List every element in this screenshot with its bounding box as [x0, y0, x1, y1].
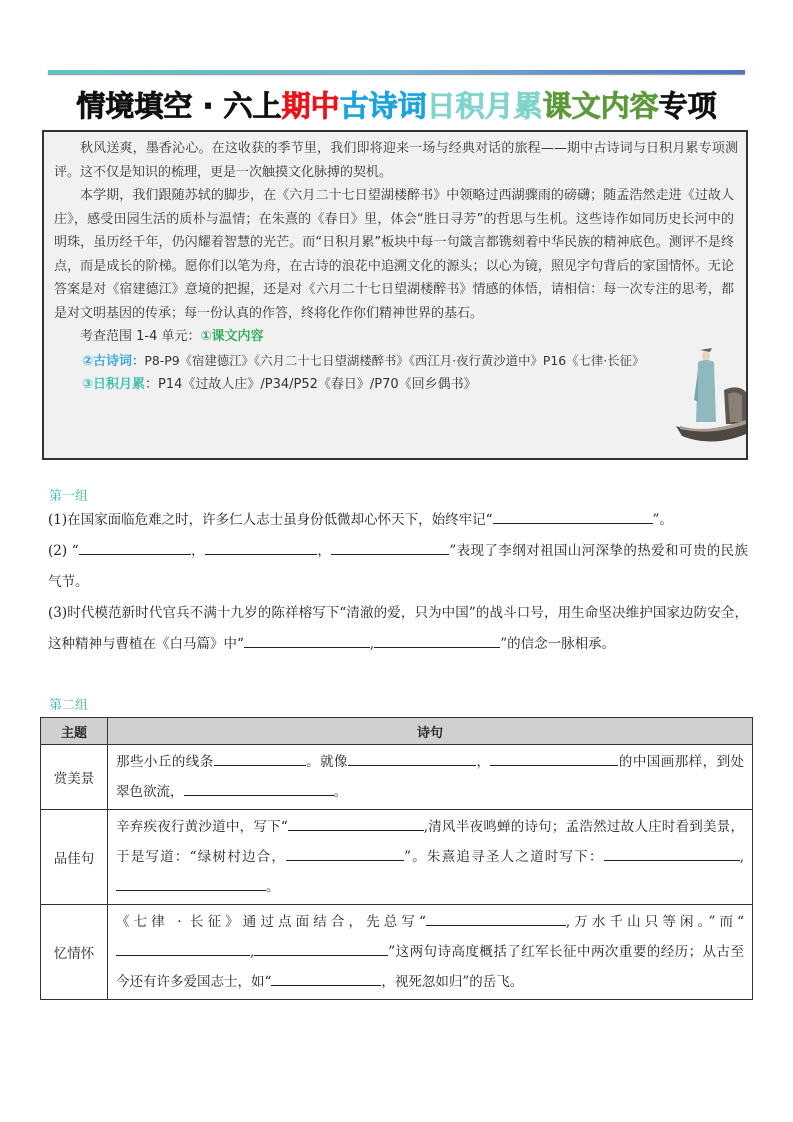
row-content: 《七律 · 长征》通过点面结合，先总写“,万水千山只等闲。”而“,”这两句诗高度… [108, 905, 753, 1000]
q3-answer-blank-2[interactable] [374, 632, 500, 648]
answer-blank[interactable] [184, 780, 334, 796]
q2-answer-blank-3[interactable] [331, 539, 449, 555]
table-header-row: 主题 诗句 [41, 718, 753, 745]
row-content: 辛弃疾夜行黄沙道中，写下“,清风半夜鸣蝉的诗句；孟浩然过故人庄时看到美景，于是写… [108, 810, 753, 905]
header-topic: 主题 [41, 718, 108, 745]
q2-separator-2: ， [317, 543, 331, 559]
answer-blank[interactable] [254, 940, 388, 956]
q2-answer-blank-2[interactable] [205, 539, 317, 555]
group-2-heading: 第二组 [49, 694, 88, 713]
range-item-3-label: ③日积月累 [82, 377, 145, 392]
row-text: 。 [266, 879, 280, 895]
row-text: 那些小丘的线条 [116, 754, 214, 770]
answer-blank[interactable] [271, 970, 381, 986]
row-topic: 赏美景 [41, 745, 108, 810]
answer-blank[interactable] [116, 875, 266, 891]
header-divider-bar [48, 70, 745, 74]
row-text: 辛弃疾夜行黄沙道中，写下“ [116, 819, 288, 835]
exam-range-line-2: ②古诗词：P8-P9《宿建德江》《六月二十七日望湖楼醉书》《西江月·夜行黄沙道中… [54, 349, 738, 374]
row-text: ，视死忽如归”的岳飞。 [381, 974, 523, 990]
range-item-3-text: ：P14《过故人庄》/P34/P52《春日》/P70《回乡偶书》 [145, 377, 477, 392]
q2-separator-1: ， [191, 543, 205, 559]
title-part-6: 专项 [659, 89, 717, 123]
q3-text-after: ”的信念一脉相承。 [500, 636, 615, 652]
title-part-4: 日积月累 [427, 89, 543, 123]
header-verses: 诗句 [108, 718, 753, 745]
q3-answer-blank-1[interactable] [244, 632, 370, 648]
title-part-1: 情境填空 · 六上 [76, 89, 281, 123]
q1-answer-blank[interactable] [493, 508, 653, 524]
q1-text-after: ”。 [653, 512, 673, 528]
answer-blank[interactable] [116, 940, 250, 956]
range-item-1: ①课文内容 [201, 329, 264, 344]
answer-blank[interactable] [426, 910, 566, 926]
q1-text-before: (1)在国家面临危难之时，许多仁人志士虽身份低微却心怀天下，始终牢记“ [48, 512, 493, 528]
title-part-5: 课文内容 [543, 89, 659, 123]
row-text: ”。朱熹追寻圣人之道时写下： [404, 849, 604, 865]
row-topic: 品佳句 [41, 810, 108, 905]
q2-answer-blank-1[interactable] [79, 539, 191, 555]
table-row: 忆情怀 《七律 · 长征》通过点面结合，先总写“,万水千山只等闲。”而“,”这两… [41, 905, 753, 1000]
page-title: 情境填空 · 六上期中古诗词日积月累课文内容专项 [40, 86, 753, 126]
intro-paragraph-1: 秋风送爽，墨香沁心。在这收获的季节里，我们即将迎来一场与经典对话的旅程——期中古… [54, 137, 738, 184]
title-part-3: 古诗词 [340, 89, 427, 123]
row-text: , [740, 849, 744, 865]
range-label: 考查范围 1-4 单元： [80, 329, 201, 344]
row-topic: 忆情怀 [41, 905, 108, 1000]
q2-text-before: (2) “ [48, 543, 79, 559]
table-row: 品佳句 辛弃疾夜行黄沙道中，写下“,清风半夜鸣蝉的诗句；孟浩然过故人庄时看到美景… [41, 810, 753, 905]
intro-box: 秋风送爽，墨香沁心。在这收获的季节里，我们即将迎来一场与经典对话的旅程——期中古… [42, 130, 748, 460]
row-text: 。就像 [306, 754, 348, 770]
group-1-heading: 第一组 [49, 485, 88, 504]
question-3: (3)时代模范新时代官兵不满十九岁的陈祥榕写下“清澈的爱，只为中国”的战斗口号，… [48, 598, 748, 660]
row-text: ， [476, 754, 490, 770]
row-content: 那些小丘的线条。就像，的中国画那样，到处翠色欲流，。 [108, 745, 753, 810]
answer-blank[interactable] [214, 750, 306, 766]
poetry-table: 主题 诗句 赏美景 那些小丘的线条。就像，的中国画那样，到处翠色欲流，。 品佳句… [40, 717, 753, 1000]
row-text: 《七律 · 长征》通过点面结合，先总写“ [116, 914, 426, 930]
answer-blank[interactable] [348, 750, 476, 766]
row-text: ,万水千山只等闲。”而“ [566, 914, 744, 930]
table-row: 赏美景 那些小丘的线条。就像，的中国画那样，到处翠色欲流，。 [41, 745, 753, 810]
answer-blank[interactable] [286, 845, 404, 861]
exam-range-line-1: 考查范围 1-4 单元：①课文内容 [54, 325, 738, 349]
question-2: (2) “，，”表现了李纲对祖国山河深挚的热爱和可贵的民族气节。 [48, 536, 748, 598]
question-1: (1)在国家面临危难之时，许多仁人志士虽身份低微却心怀天下，始终牢记“”。 [48, 505, 748, 536]
intro-paragraph-2: 本学期，我们跟随苏轼的脚步，在《六月二十七日望湖楼醉书》中领略过西湖骤雨的磅礴；… [54, 184, 738, 325]
answer-blank[interactable] [288, 815, 424, 831]
scholar-boat-illustration-icon [676, 330, 746, 450]
range-item-2-label: ②古诗词 [82, 354, 132, 369]
answer-blank[interactable] [490, 750, 618, 766]
exam-range-line-3: ③日积月累：P14《过故人庄》/P34/P52《春日》/P70《回乡偶书》 [54, 373, 738, 397]
answer-blank[interactable] [604, 845, 740, 861]
range-item-2-text: ：P8-P9《宿建德江》《六月二十七日望湖楼醉书》《西江月·夜行黄沙道中》P16… [132, 353, 644, 368]
title-part-2: 期中 [282, 89, 340, 123]
row-text: 。 [334, 784, 348, 800]
